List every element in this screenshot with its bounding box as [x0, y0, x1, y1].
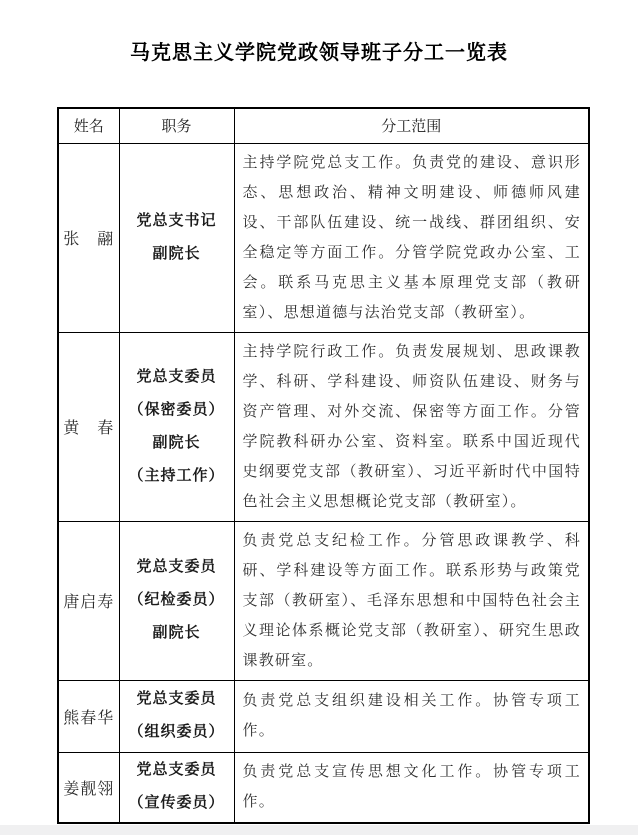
header-name: 姓名 — [58, 108, 119, 143]
work-assignment-table: 姓名 职务 分工范围 张 翮 党总支书记 副院长 主持学院党总支工作。负责党的建… — [57, 107, 590, 824]
position-line: 副院长 — [120, 238, 234, 271]
name-cell: 张 翮 — [58, 143, 119, 332]
scope-cell: 主持学院党总支工作。负责党的建设、意识形态、思想政治、精神文明建设、师德师风建设… — [234, 143, 589, 332]
position-line: 党总支书记 — [120, 205, 234, 238]
position-line: （保密委员） — [120, 394, 234, 427]
position-line: 副院长 — [120, 427, 234, 460]
position-line: 党总支委员 — [120, 754, 234, 787]
position-cell: 党总支委员 （保密委员） 副院长 （主持工作） — [119, 332, 234, 521]
position-cell: 党总支委员 （组织委员） — [119, 680, 234, 752]
position-line: 党总支委员 — [120, 361, 234, 394]
window-bottom-edge — [0, 825, 638, 835]
position-cell: 党总支书记 副院长 — [119, 143, 234, 332]
table-row: 张 翮 党总支书记 副院长 主持学院党总支工作。负责党的建设、意识形态、思想政治… — [58, 143, 589, 332]
scope-cell: 负责党总支组织建设相关工作。协管专项工作。 — [234, 680, 589, 752]
page-title: 马克思主义学院党政领导班子分工一览表 — [0, 36, 638, 65]
name-cell: 熊春华 — [58, 680, 119, 752]
position-cell: 党总支委员 （宣传委员） — [119, 752, 234, 823]
position-line: （纪检委员） — [120, 584, 234, 617]
header-scope: 分工范围 — [234, 108, 589, 143]
scope-cell: 负责党总支宣传思想文化工作。协管专项工作。 — [234, 752, 589, 823]
table-row: 唐启寿 党总支委员 （纪检委员） 副院长 负责党总支纪检工作。分管思政课教学、科… — [58, 521, 589, 680]
name-cell: 唐启寿 — [58, 521, 119, 680]
position-line: （组织委员） — [120, 716, 234, 749]
header-position: 职务 — [119, 108, 234, 143]
position-line: 党总支委员 — [120, 683, 234, 716]
position-cell: 党总支委员 （纪检委员） 副院长 — [119, 521, 234, 680]
position-line: 党总支委员 — [120, 551, 234, 584]
scope-cell: 负责党总支纪检工作。分管思政课教学、科研、学科建设等方面工作。联系形势与政策党支… — [234, 521, 589, 680]
table-header-row: 姓名 职务 分工范围 — [58, 108, 589, 143]
position-line: （主持工作） — [120, 460, 234, 493]
scope-cell: 主持学院行政工作。负责发展规划、思政课教学、科研、学科建设、师资队伍建设、财务与… — [234, 332, 589, 521]
position-line: （宣传委员） — [120, 787, 234, 820]
table-row: 熊春华 党总支委员 （组织委员） 负责党总支组织建设相关工作。协管专项工作。 — [58, 680, 589, 752]
name-cell: 姜靓翎 — [58, 752, 119, 823]
position-line: 副院长 — [120, 617, 234, 650]
table-row: 姜靓翎 党总支委员 （宣传委员） 负责党总支宣传思想文化工作。协管专项工作。 — [58, 752, 589, 823]
name-cell: 黄 春 — [58, 332, 119, 521]
table-row: 黄 春 党总支委员 （保密委员） 副院长 （主持工作） 主持学院行政工作。负责发… — [58, 332, 589, 521]
